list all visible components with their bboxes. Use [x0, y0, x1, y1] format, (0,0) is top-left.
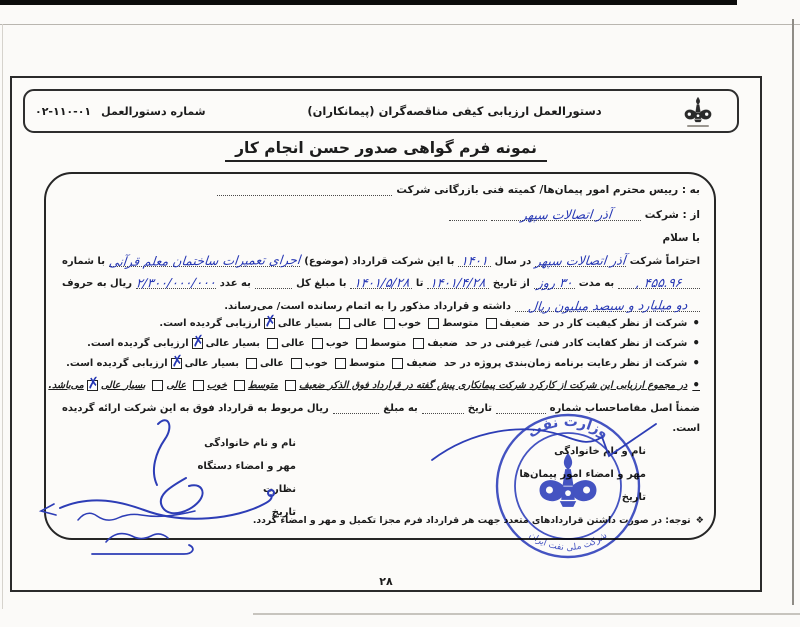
company-handwriting: آذر اتصالات سپهر — [535, 256, 626, 267]
check-x-mark: ✗ — [86, 373, 101, 393]
checkbox-medium[interactable] — [234, 380, 245, 391]
settlement-tail: ریال مربوط به قرارداد فوق به این شرکت ار… — [62, 403, 329, 414]
evaluation-suffix: ارزیابی گردیده است. — [87, 338, 188, 349]
scan-paper-edge-bottom — [253, 613, 800, 615]
bullet-icon: • — [692, 336, 700, 350]
form-title-wrap: نمونه فرم گواهی صدور حسن انجام کار — [12, 138, 760, 162]
text-in-digits: به عدد — [220, 278, 251, 289]
evaluation-row-quality: • شرکت از نظر کیفیت کار در حد ضعیف متوسط… — [159, 316, 700, 330]
checkbox-good[interactable] — [193, 380, 204, 391]
bullet-icon: • — [692, 378, 700, 392]
checkbox-medium[interactable] — [428, 318, 439, 329]
to-label: به : رییس محترم امور پیمان‌ها/ کمیته فنی… — [396, 184, 700, 196]
evaluation-suffix: ارزیابی گردیده است. — [66, 358, 167, 369]
evaluation-row-schedule: • شرکت از نظر رعایت برنامه زمان‌بندی پرو… — [66, 356, 700, 370]
dotted-fill — [496, 402, 546, 414]
doc-number-value: ۰۲-۱۱۰-۰۱ — [35, 105, 91, 118]
footer-note: ❖ توجه: در صورت داشتن قراردادهای متعدد ج… — [253, 515, 704, 526]
check-x-mark: ✗ — [191, 331, 206, 351]
evaluation-prefix: شرکت از نظر رعایت برنامه زمان‌بندی پروژه… — [444, 358, 687, 369]
evaluation-suffix: ارزیابی گردیده است. — [159, 318, 260, 329]
nioc-logo-icon — [669, 96, 727, 127]
contract-no-handwriting: ۴۵۵.۹۶ , — [636, 278, 682, 288]
settlement-date-label: تاریخ — [468, 403, 492, 414]
text-contract-subject: با این شرکت قرارداد (موضوع) — [304, 256, 454, 267]
scanned-form-page: دستورالعمل ارزیابی کیفی مناقصه‌گران (پیم… — [0, 0, 800, 627]
sig-name-label: نام و نام خانوادگی — [519, 440, 646, 463]
amount-words-handwriting: دو میلیارد و سیصد میلیون ریال — [527, 300, 687, 312]
page-border-frame: دستورالعمل ارزیابی کیفی مناقصه‌گران (پیم… — [10, 76, 762, 592]
header-title: دستورالعمل ارزیابی کیفی مناقصه‌گران (پیم… — [240, 104, 669, 118]
bullet-icon: • — [692, 316, 700, 330]
duration-handwriting: ۳۰ روز — [536, 278, 573, 288]
sig-seal-label: مهر و امضاء امور پیمان‌ها — [519, 463, 646, 486]
note-diamond-icon: ❖ — [696, 515, 704, 526]
doc-number-label: شماره دستورالعمل — [101, 105, 205, 118]
dotted-fill — [449, 209, 487, 221]
evaluation-row-staff: • شرکت از نظر کفایت کادر فنی/ غیرفنی در … — [87, 336, 700, 350]
evaluation-prefix: شرکت از نظر کیفیت کار در حد — [537, 318, 687, 329]
checkbox-weak[interactable] — [392, 358, 403, 369]
text-contract-completed: داشته و قرارداد مذکور را به اتمام رسانده… — [224, 301, 511, 312]
checkbox-good[interactable] — [312, 338, 323, 349]
to-line: به : رییس محترم امور پیمان‌ها/ کمیته فنی… — [62, 184, 700, 196]
form-box: به : رییس محترم امور پیمان‌ها/ کمیته فنی… — [44, 172, 716, 540]
text-with-number: با شماره — [62, 256, 105, 267]
body-line-3: دو میلیارد و سیصد میلیون ریال داشته و قر… — [62, 298, 700, 312]
form-title: نمونه فرم گواهی صدور حسن انجام کار — [225, 139, 547, 162]
sig-name-label: نام و نام خانوادگی — [182, 432, 296, 455]
dotted-fill — [333, 402, 379, 414]
subject-handwriting: اجرای تعمیرات ساختمان معلم قرآنی — [108, 255, 300, 267]
salutation: با سلام — [662, 232, 700, 244]
check-x-mark: ✗ — [263, 311, 278, 331]
checkbox-good[interactable] — [291, 358, 302, 369]
evaluation-suffix: می‌باشد. — [48, 380, 83, 391]
scan-paper-edge-top — [0, 24, 800, 25]
settlement-line: ضمناً اصل مفاصاحساب شماره تاریخ به مبلغ … — [62, 402, 700, 414]
evaluation-row-overall: • در مجموع ارزیابی این شرکت از کارکرد شر… — [48, 378, 700, 392]
text-in-year: در سال — [495, 256, 532, 267]
scan-paper-edge-left — [2, 24, 3, 609]
scan-paper-edge-right — [792, 19, 794, 605]
from-line: از : شرکت آذر اتصالات سپهر — [62, 207, 700, 221]
note-text: توجه: در صورت داشتن قراردادهای متعدد جهت… — [253, 515, 691, 526]
checkbox-weak[interactable] — [413, 338, 424, 349]
checkbox-very-excellent-checked[interactable]: ✗ — [87, 380, 98, 391]
evaluation-prefix: شرکت از نظر کفایت کادر فنی/ غیرفنی در حد — [465, 338, 687, 349]
bullet-icon: • — [692, 356, 700, 370]
doc-number: شماره دستورالعمل ۰۲-۱۱۰-۰۱ — [35, 105, 240, 118]
text-from-date: از تاریخ — [493, 278, 530, 289]
checkbox-medium[interactable] — [335, 358, 346, 369]
checkbox-excellent[interactable] — [246, 358, 257, 369]
text-respect: احتراماً شرکت — [630, 256, 700, 267]
checkbox-weak[interactable] — [285, 380, 296, 391]
checkbox-excellent[interactable] — [267, 338, 278, 349]
signature-block-supervision: نام و نام خانوادگی مهر و امضاء دستگاه نظ… — [182, 432, 296, 524]
settlement-line-2: است. — [62, 423, 700, 434]
checkbox-very-excellent-checked[interactable]: ✗ — [192, 338, 203, 349]
checkbox-good[interactable] — [384, 318, 395, 329]
date-from-handwriting: ۱۴۰۱/۴/۲۸ — [430, 278, 486, 289]
checkbox-weak[interactable] — [486, 318, 497, 329]
page-number: ۲۸ — [12, 575, 760, 588]
checkbox-very-excellent-checked[interactable]: ✗ — [264, 318, 275, 329]
settlement-end: است. — [672, 423, 700, 434]
checkbox-very-excellent-checked[interactable]: ✗ — [171, 358, 182, 369]
checkbox-excellent[interactable] — [339, 318, 350, 329]
checkbox-medium[interactable] — [356, 338, 367, 349]
dotted-fill — [217, 184, 392, 196]
evaluation-prefix: در مجموع ارزیابی این شرکت از کارکرد شرکت… — [299, 380, 687, 391]
dotted-fill — [255, 277, 292, 289]
text-rial-in-words: ریال به حروف — [62, 278, 132, 289]
date-to-handwriting: ۱۴۰۱/۵/۲۸ — [353, 278, 409, 289]
from-label: از : شرکت — [645, 209, 700, 221]
text-until: تا — [416, 278, 424, 289]
salutation-line: با سلام — [62, 232, 700, 244]
sig-date-label: تاریخ — [519, 486, 646, 509]
text-duration: به مدت — [579, 278, 614, 289]
settlement-no-label: ضمناً اصل مفاصاحساب شماره — [550, 403, 700, 414]
body-line-1: احتراماً شرکت آذر اتصالات سپهر در سال ۱۴… — [62, 253, 700, 267]
sig-seal-label: مهر و امضاء دستگاه نظارت — [182, 455, 296, 501]
checkbox-excellent[interactable] — [152, 380, 163, 391]
settlement-amount-label: به مبلغ — [383, 403, 418, 414]
check-x-mark: ✗ — [170, 351, 185, 371]
amount-digits-handwriting: ۲/۳۰۰/۰۰۰/۰۰۰ — [136, 278, 217, 289]
logo-caption-smudge — [687, 125, 709, 127]
text-total-amount: با مبلغ کل — [296, 278, 346, 289]
signature-block-contracts: نام و نام خانوادگی مهر و امضاء امور پیما… — [519, 440, 646, 509]
body-line-2: ۴۵۵.۹۶ , به مدت ۳۰ روز از تاریخ ۱۴۰۱/۴/۲… — [62, 275, 700, 289]
year-handwriting: ۱۴۰۱ — [461, 256, 489, 266]
scan-artifact-top-bar — [0, 0, 737, 5]
dotted-fill — [422, 402, 464, 414]
from-company-handwriting: آذر اتصالات سپهر — [520, 210, 611, 221]
header-strip: دستورالعمل ارزیابی کیفی مناقصه‌گران (پیم… — [23, 89, 739, 133]
